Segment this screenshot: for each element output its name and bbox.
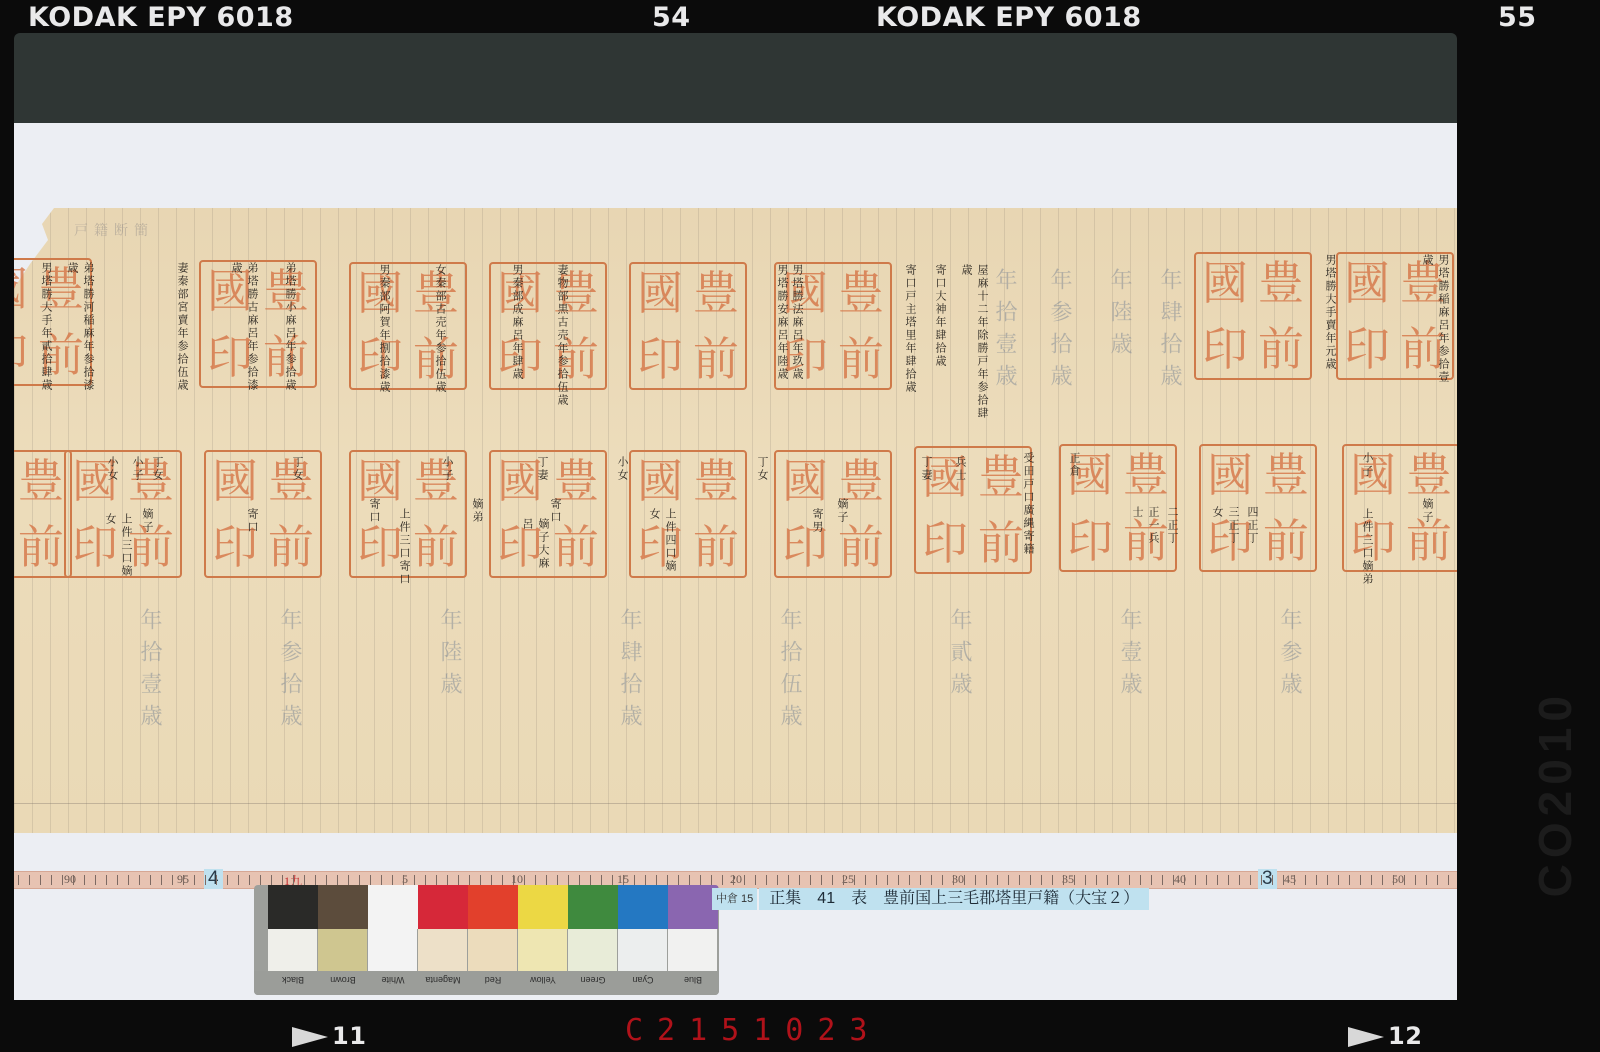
register-entry: 二正丁 [1164, 506, 1180, 546]
ruler-tick [1063, 875, 1064, 885]
ruler-tick [326, 875, 327, 885]
color-labels: BlackBrownWhiteMagentaRedYellowGreenCyan… [254, 971, 719, 995]
ruler-tick [337, 875, 338, 885]
ruler-tick [249, 875, 250, 885]
register-entry: 弟塔勝河稲麻年参拾漆歳 [64, 262, 96, 402]
swatch-white [368, 885, 418, 929]
ruler-tick [1206, 875, 1207, 885]
register-entry: 嫡子大麻呂 [519, 518, 551, 578]
register-entry: 男塔勝法麻呂年玖歳 [789, 264, 805, 404]
register-entry: 嫡子 [139, 508, 155, 548]
register-entry: 屋麻十二年除勝戸年参拾肆歳 [958, 264, 990, 424]
faded-text: 年参拾歳 [1044, 268, 1075, 418]
register-entry: 寄口 [244, 508, 260, 548]
ruler-tick [260, 875, 261, 885]
ruler-tick [348, 875, 349, 885]
dx-code: C2151023 [625, 1013, 882, 1048]
register-entry: 男塔勝稲麻呂年参拾壹歳 [1419, 254, 1451, 394]
register-entry: 男秦部成麻呂年肆歳 [509, 264, 525, 404]
label-red: Red [468, 975, 518, 985]
register-entry: 寄男 [809, 508, 825, 578]
register-entry: 小子 [1359, 452, 1375, 482]
ruler-tick [1195, 875, 1196, 885]
faded-text: 年陸歳 [434, 608, 465, 808]
swatch-black [268, 885, 318, 929]
ruler-tick [271, 875, 272, 885]
ruler-tick [1030, 875, 1031, 885]
ruler-tick [1294, 875, 1295, 885]
ruler-tick [1184, 875, 1185, 885]
ruler-tick [370, 875, 371, 885]
faded-text: 年壹歳 [1114, 608, 1145, 808]
swatch-green [568, 885, 618, 929]
ruler-tick [810, 875, 811, 885]
side-handwritten-mark: CO2010 [1528, 690, 1582, 897]
register-entry: 正一兵士 [1129, 506, 1161, 546]
swatch-red [468, 885, 518, 929]
ruler-tick [656, 875, 657, 885]
register-entry: 弟塔勝古麻呂年参拾漆歳 [228, 262, 260, 402]
ruler-tick [1008, 875, 1009, 885]
ruler-tick [1140, 875, 1141, 885]
tint-green [568, 929, 617, 971]
ruler-tick [1371, 875, 1372, 885]
seal-stamp: 豊國前印 [774, 450, 892, 578]
film-brand-left: KODAK EPY 6018 [28, 2, 294, 33]
ruler-tick [931, 875, 932, 885]
ruler-tick [601, 875, 602, 885]
tint-black [268, 929, 317, 971]
label-brown: Brown [318, 975, 368, 985]
register-entry: 嫡子 [834, 498, 850, 538]
ruler-tick [590, 875, 591, 885]
label-blue: Blue [668, 975, 718, 985]
ruler-tick [634, 875, 635, 885]
ruler-tick [414, 875, 415, 885]
bottom-frame-left: 11 [292, 1022, 366, 1050]
ruler-tick [898, 875, 899, 885]
ruler-tick [579, 875, 580, 885]
ruler-tick [51, 875, 52, 885]
ruler-tick [568, 875, 569, 885]
label-magenta: Magenta [418, 975, 468, 985]
ruler-tick [854, 875, 855, 885]
ruler-tick [744, 875, 745, 885]
register-entry: 正倉 [1066, 452, 1082, 492]
ruler-tick [315, 875, 316, 885]
ruler-tick [1085, 875, 1086, 885]
ruler-tick [1074, 875, 1075, 885]
ruler-tick [700, 875, 701, 885]
ruler-tick [865, 875, 866, 885]
ruler-tick [986, 875, 987, 885]
label-black: Black [268, 975, 318, 985]
ruler-tick [1261, 875, 1262, 885]
film-frame: 戸籍断簡 豊國前印 豊國前印 豊國前印 豊國前印 豊國前印 豊國前印 豊國前印 … [14, 33, 1457, 1000]
ruler-tick [1305, 875, 1306, 885]
faded-text: 年肆拾歳 [614, 608, 645, 808]
ruler-tick [436, 875, 437, 885]
ruler-tick [161, 875, 162, 885]
ruler-tick [942, 875, 943, 885]
register-entry: 嫡弟 [469, 498, 485, 538]
ruler-tick [502, 875, 503, 885]
ruler-tick [755, 875, 756, 885]
tint-yellow [518, 929, 567, 971]
ruler-number: 20 [730, 872, 742, 887]
register-entry: 女秦部古売年参拾伍歳 [432, 264, 448, 404]
label-yellow: Yellow [518, 975, 568, 985]
ruler-tick [1338, 875, 1339, 885]
register-entry: 小子 [439, 456, 455, 486]
ruler-tick [1162, 875, 1163, 885]
ruler-tick [1239, 875, 1240, 885]
ruler-tick [106, 875, 107, 885]
ruler-tick [1360, 875, 1361, 885]
register-entry: 上件三口寄口 [396, 508, 412, 588]
faded-text: 年陸歳 [1104, 268, 1135, 418]
bottom-frame-right: 12 [1348, 1022, 1422, 1050]
register-entry: 受田戸口廣縄寄籍 [1020, 452, 1036, 572]
ruler-tick [227, 875, 228, 885]
caption-title: 正集 41 表 豊前国上三毛郡塔里戸籍（大宝２） [759, 888, 1149, 910]
swatch-magenta [418, 885, 468, 929]
bottom-frame-right-number: 12 [1388, 1022, 1422, 1050]
ruler-tick [1283, 875, 1284, 885]
ruler-tick [887, 875, 888, 885]
ruler-section-label: 4 [204, 869, 223, 889]
register-entry: 兵士 [952, 456, 968, 486]
collection-tag: 中倉 15 [712, 888, 757, 910]
ruler-tick [1404, 875, 1405, 885]
register-entry: 寄口大神年肆拾歳 [932, 264, 948, 404]
ruler-tick [392, 875, 393, 885]
tint-cyan [618, 929, 667, 971]
ruler-tick [1217, 875, 1218, 885]
ruler-tick [117, 875, 118, 885]
ruler-tick [1173, 875, 1174, 885]
frame-arrow-icon [1348, 1027, 1384, 1047]
ruler-tick [1426, 875, 1427, 885]
frame-arrow-icon [292, 1027, 328, 1047]
ruler-tick [381, 875, 382, 885]
register-entry: 丁女 [754, 456, 770, 486]
ruler-tick [447, 875, 448, 885]
ruler-tick [645, 875, 646, 885]
register-entry: 上件四口嫡女 [646, 508, 678, 578]
ruler-tick [62, 875, 63, 885]
tint-blue [668, 929, 717, 971]
ruler-tick [667, 875, 668, 885]
upper-register-row: 豊國前印 豊國前印 豊國前印 豊國前印 豊國前印 豊國前印 豊國前印 豊國前印 … [14, 258, 1457, 408]
register-entry: 寄口 [366, 498, 382, 538]
tint-magenta [418, 929, 467, 971]
archive-caption: 中倉 15 正集 41 表 豊前国上三毛郡塔里戸籍（大宝２） [712, 888, 1149, 910]
register-entry: 丁妻 [918, 456, 934, 486]
ruler-tick [766, 875, 767, 885]
ruler-tick [40, 875, 41, 885]
ruler-tick [546, 875, 547, 885]
ruler-tick [73, 875, 74, 885]
register-entry: 男秦部阿賀年捌拾漆歳 [376, 264, 392, 404]
ruler-tick [1107, 875, 1108, 885]
ruler-tick [557, 875, 558, 885]
faded-text: 年参歳 [1274, 608, 1305, 808]
ruler-tick [678, 875, 679, 885]
ruler-tick [194, 875, 195, 885]
tint-brown [318, 929, 367, 971]
ruler-tick [953, 875, 954, 885]
frame-number-left: 54 [652, 2, 691, 33]
register-entry: 上件三口嫡弟 [1359, 508, 1375, 588]
ruler-tick [216, 875, 217, 885]
ruler-tick [689, 875, 690, 885]
ruler-tick [480, 875, 481, 885]
ruler-tick [282, 875, 283, 885]
ruler-tick [733, 875, 734, 885]
register-entry: 三正丁女 [1209, 506, 1241, 546]
ruler-tick [1151, 875, 1152, 885]
ruler-tick [1019, 875, 1020, 885]
swatch-blue [668, 885, 718, 929]
ruler-tick [1437, 875, 1438, 885]
ruler-tick [458, 875, 459, 885]
ruler-number: 90 [64, 872, 76, 887]
swatch-brown [318, 885, 368, 929]
ruler-tick [920, 875, 921, 885]
ruler-tick [304, 875, 305, 885]
ruler-tick [172, 875, 173, 885]
ruler-tick [18, 875, 19, 885]
ruler-tick [1272, 875, 1273, 885]
ruler-tick [964, 875, 965, 885]
ruler-tick [1096, 875, 1097, 885]
label-cyan: Cyan [618, 975, 668, 985]
frame-number-right: 55 [1498, 2, 1537, 33]
ruler-tick [359, 875, 360, 885]
faded-text: 年肆拾歳 [1154, 268, 1185, 418]
gray-backing-board [14, 33, 1457, 131]
seal-stamp: 豊國前印 [629, 262, 747, 390]
register-entry: 嫡子 [1419, 498, 1435, 538]
label-green: Green [568, 975, 618, 985]
ruler-tick [183, 875, 184, 885]
ruler-tick [403, 875, 404, 885]
register-entry: 丁妻 [534, 456, 550, 486]
color-control-patches: BlackBrownWhiteMagentaRedYellowGreenCyan… [254, 885, 719, 995]
ruler-tick [777, 875, 778, 885]
ruler-tick [722, 875, 723, 885]
measuring-ruler: 90 95 4 1九 5 10 15 20 25 30 35 40 3 45 5… [14, 871, 1457, 889]
register-entry: 小子 [129, 456, 145, 486]
document-scroll: 戸籍断簡 豊國前印 豊國前印 豊國前印 豊國前印 豊國前印 豊國前印 豊國前印 … [14, 208, 1457, 833]
ruler-tick [1316, 875, 1317, 885]
faded-text: 年拾壹歳 [134, 608, 165, 808]
ruler-tick [975, 875, 976, 885]
ruler-tick [876, 875, 877, 885]
ruler-tick [788, 875, 789, 885]
ruler-tick [150, 875, 151, 885]
ruler-tick [1041, 875, 1042, 885]
swatch-cyan [618, 885, 668, 929]
ruler-tick [623, 875, 624, 885]
faded-text: 年拾伍歳 [774, 608, 805, 808]
seal-stamp: 豊國前印 [489, 262, 607, 390]
seal-stamp: 豊國前印 [1194, 252, 1312, 380]
ruler-tick [1052, 875, 1053, 885]
ruler-tick [293, 875, 294, 885]
ruler-tick [821, 875, 822, 885]
ruler-tick [95, 875, 96, 885]
faint-header-text: 戸籍断簡 [74, 220, 494, 250]
register-entry: 小女 [104, 456, 120, 486]
tint-white [368, 929, 417, 971]
seal-stamp: 豊國前印 [349, 262, 467, 390]
swatch-yellow [518, 885, 568, 929]
ruler-tick [513, 875, 514, 885]
tint-red [468, 929, 517, 971]
register-entry: 妻秦部宮賣年参拾伍歳 [174, 262, 190, 402]
ruler-tick [535, 875, 536, 885]
label-white: White [368, 975, 418, 985]
ruler-tick [524, 875, 525, 885]
register-entry: 上件三口嫡女 [102, 513, 134, 583]
ruler-tick [1448, 875, 1449, 885]
faded-text: 年参拾歳 [274, 608, 305, 808]
register-entry: 寄口戸主塔里年肆拾歳 [902, 264, 918, 404]
register-entry: 小女 [614, 456, 630, 486]
ruler-tick [832, 875, 833, 885]
ruler-tick [1250, 875, 1251, 885]
register-entry: 丁女 [149, 456, 165, 486]
register-entry: 男塔勝大手賣年元歳 [1322, 254, 1338, 394]
film-brand-right: KODAK EPY 6018 [876, 2, 1142, 33]
faded-text: 年拾壹歳 [989, 268, 1020, 418]
ruler-tick [1415, 875, 1416, 885]
ruler-tick [1327, 875, 1328, 885]
ruled-baseline [14, 803, 1457, 804]
register-entry: 四正丁 [1244, 506, 1260, 546]
ruler-tick [799, 875, 800, 885]
ruler-tick [84, 875, 85, 885]
ruler-tick [139, 875, 140, 885]
ruler-tick [29, 875, 30, 885]
ruler-tick [843, 875, 844, 885]
ruler-tick [1382, 875, 1383, 885]
faded-text: 年貳歳 [944, 608, 975, 808]
ruler-tick [1129, 875, 1130, 885]
ruler-tick [711, 875, 712, 885]
lower-register-row: 豊國前印 豊國前印 豊國前印 豊國前印 豊國前印 豊國前印 豊國前印 豊國前印 … [14, 438, 1457, 588]
ruler-tick [1118, 875, 1119, 885]
ruler-tick [1349, 875, 1350, 885]
bottom-frame-left-number: 11 [332, 1022, 366, 1050]
ruler-tick [491, 875, 492, 885]
ruler-tick [425, 875, 426, 885]
ruler-tick [238, 875, 239, 885]
ruler-tick [469, 875, 470, 885]
ruler-tick [997, 875, 998, 885]
ruler-tick [205, 875, 206, 885]
register-entry: 丁女 [289, 456, 305, 486]
register-entry: 弟塔勝小麻呂年参拾歳 [282, 262, 298, 402]
register-entry: 男塔勝大手年貳拾肆歳 [38, 262, 54, 402]
register-entry: 男塔勝安麻呂年陸歳 [774, 264, 790, 404]
register-entry: 妻物部黒古売年参拾伍歳 [554, 264, 570, 414]
ruler-tick [1393, 875, 1394, 885]
ruler-tick [612, 875, 613, 885]
ruler-tick [909, 875, 910, 885]
ruler-tick [1228, 875, 1229, 885]
ruler-tick [128, 875, 129, 885]
